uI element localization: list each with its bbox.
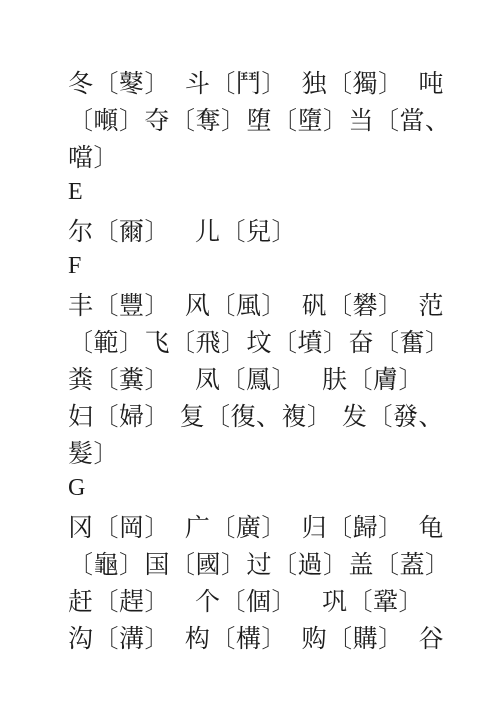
conversion-entry: 风〔風〕 — [185, 286, 287, 322]
conversion-entry: 斗〔鬥〕 — [185, 64, 287, 100]
text-line: 沟〔溝〕构〔構〕购〔購〕谷 — [68, 618, 444, 655]
conversion-entry: 沟〔溝〕 — [68, 619, 170, 655]
conversion-entry: 巩〔鞏〕 — [322, 582, 424, 618]
section-letter: E — [68, 179, 83, 206]
section-letter: F — [68, 253, 82, 280]
text-line: 妇〔婦〕复〔復、複〕发〔發、 — [68, 396, 444, 433]
conversion-entry: 广〔廣〕 — [185, 508, 287, 544]
conversion-entry: 粪〔糞〕 — [68, 360, 170, 396]
conversion-entry: 冈〔岡〕 — [68, 508, 170, 544]
conversion-entry: 尔〔爾〕 — [68, 212, 170, 248]
text-line: 冈〔岡〕广〔廣〕归〔歸〕龟 — [68, 507, 444, 544]
conversion-entry: 吨 — [418, 64, 444, 100]
document-page: 冬〔鼕〕斗〔鬥〕独〔獨〕吨〔噸〕夺〔奪〕堕〔墮〕当〔當、噹〕E尔〔爾〕儿〔兒〕F… — [0, 0, 500, 708]
text-line: 赶〔趕〕个〔個〕巩〔鞏〕 — [68, 581, 444, 618]
conversion-entry: 构〔構〕 — [185, 619, 287, 655]
conversion-entry: 髮〕 — [68, 434, 119, 470]
text-line: 髮〕 — [68, 433, 444, 470]
conversion-entry: 〔範〕 — [68, 323, 145, 359]
text-line: 粪〔糞〕凤〔鳳〕肤〔膚〕 — [68, 359, 444, 396]
conversion-entry: 〔噸〕 — [68, 101, 145, 137]
text-block: 冬〔鼕〕斗〔鬥〕独〔獨〕吨〔噸〕夺〔奪〕堕〔墮〕当〔當、噹〕E尔〔爾〕儿〔兒〕F… — [68, 63, 444, 655]
conversion-entry: 国〔國〕 — [145, 545, 247, 581]
conversion-entry: 过〔過〕盖〔蓋〕 — [247, 545, 451, 581]
text-line: 噹〕 — [68, 137, 444, 174]
text-line: 丰〔豐〕风〔風〕矾〔礬〕范 — [68, 285, 444, 322]
section-header: F — [68, 248, 444, 285]
conversion-entry: 范 — [418, 286, 444, 322]
conversion-entry: 凤〔鳳〕 — [195, 360, 297, 396]
conversion-entry: 〔龜〕 — [68, 545, 145, 581]
text-line: 〔龜〕国〔國〕过〔過〕盖〔蓋〕 — [68, 544, 444, 581]
conversion-entry: 坟〔墳〕奋〔奮〕 — [247, 323, 451, 359]
section-letter: G — [68, 475, 86, 502]
conversion-entry: 发〔發、 — [342, 397, 444, 433]
text-line: 〔噸〕夺〔奪〕堕〔墮〕当〔當、 — [68, 100, 444, 137]
conversion-entry: 谷 — [418, 619, 444, 655]
conversion-entry: 噹〕 — [68, 138, 119, 174]
conversion-entry: 独〔獨〕 — [302, 64, 404, 100]
text-line: 尔〔爾〕儿〔兒〕 — [68, 211, 444, 248]
conversion-entry: 赶〔趕〕 — [68, 582, 170, 618]
conversion-entry: 妇〔婦〕 — [68, 397, 170, 433]
conversion-entry: 肤〔膚〕 — [322, 360, 424, 396]
text-line: 〔範〕飞〔飛〕坟〔墳〕奋〔奮〕 — [68, 322, 444, 359]
conversion-entry: 矾〔礬〕 — [302, 286, 404, 322]
section-header: E — [68, 174, 444, 211]
conversion-entry: 夺〔奪〕堕〔墮〕当〔當、 — [145, 101, 451, 137]
conversion-entry: 飞〔飛〕 — [145, 323, 247, 359]
text-line: 冬〔鼕〕斗〔鬥〕独〔獨〕吨 — [68, 63, 444, 100]
conversion-entry: 冬〔鼕〕 — [68, 64, 170, 100]
section-header: G — [68, 470, 444, 507]
conversion-entry: 儿〔兒〕 — [195, 212, 297, 248]
conversion-entry: 归〔歸〕 — [302, 508, 404, 544]
conversion-entry: 个〔個〕 — [195, 582, 297, 618]
conversion-entry: 龟 — [418, 508, 444, 544]
conversion-entry: 复〔復、複〕 — [179, 397, 332, 433]
conversion-entry: 丰〔豐〕 — [68, 286, 170, 322]
conversion-entry: 购〔購〕 — [302, 619, 404, 655]
